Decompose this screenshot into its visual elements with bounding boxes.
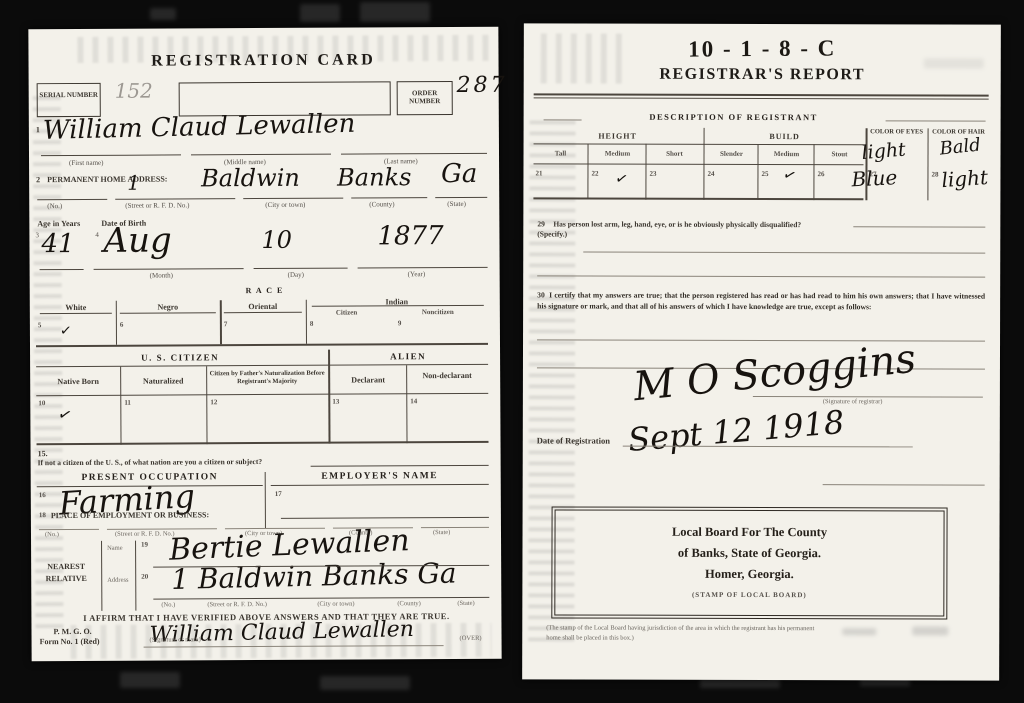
line29-specify-label: (Specify.)	[537, 229, 567, 238]
order-number-value: 287	[457, 73, 508, 98]
height-medium-checkmark-icon: ✓	[613, 168, 630, 189]
line20-label-no: (No.)	[161, 601, 175, 608]
stamp-caption: (STAMP OF LOCAL BOARD)	[555, 590, 943, 599]
nearest-relative-label: NEAREST RELATIVE	[39, 561, 93, 585]
line18-label-state: (State)	[433, 529, 450, 536]
build-header: BUILD	[706, 132, 864, 141]
card-title: REGISTRATION CARD	[28, 51, 498, 71]
order-number-box: ORDER NUMBER	[397, 81, 453, 115]
race-white-checkmark-icon: ✓	[59, 322, 72, 339]
pmgo-label: P. M. G. O.	[53, 627, 91, 636]
address-label-county: (County)	[369, 200, 394, 208]
over-label: (OVER)	[460, 635, 482, 642]
citizen-table: U. S. CITIZEN ALIEN Native Born Naturali…	[36, 349, 488, 447]
dob-label-day: (Day)	[288, 271, 304, 279]
citizen-cell-11: 11	[124, 399, 131, 407]
scan-artifact	[912, 626, 948, 635]
line20-label-city: (City or town)	[317, 601, 354, 608]
stamp-line2: of Banks, State of Georgia.	[555, 545, 943, 561]
serial-number-box: SERIAL NUMBER	[37, 83, 101, 117]
eyes-value-line2: Blue	[851, 165, 898, 191]
form-code: 10 - 1 - 8 - C	[524, 34, 1001, 64]
dob-day-value: 10	[261, 226, 292, 254]
line20-label-street: (Street or R. F. D. No.)	[207, 601, 267, 608]
address-label-city: (City or town)	[265, 201, 305, 209]
race-cell-6: 6	[120, 321, 124, 329]
race-table: White Negro Oriental Indian Citizen Nonc…	[36, 297, 488, 347]
registrars-report-card: 10 - 1 - 8 - C REGISTRAR'S REPORT DESCRI…	[522, 23, 1001, 680]
line18-number: 18	[39, 511, 46, 519]
stamp-note: (The stamp of the Local Board having jur…	[546, 623, 826, 643]
race-cell-8: 8	[310, 320, 314, 328]
scan-artifact	[120, 672, 180, 688]
form-number-label: Form No. 1 (Red)	[40, 637, 100, 646]
dob-year-value: 1877	[377, 221, 443, 251]
dob-label-month: (Month)	[150, 271, 173, 279]
line30-text: 30 I certify that my answers are true; t…	[537, 289, 985, 312]
line20-number: 20	[141, 573, 148, 581]
order-number-label: ORDER NUMBER	[398, 89, 452, 106]
employer-header: EMPLOYER'S NAME	[271, 471, 489, 482]
scan-artifact	[842, 628, 876, 635]
address-label: PERMANENT HOME ADDRESS:	[47, 175, 167, 185]
cell-22: 22	[591, 170, 598, 178]
date-of-registration-value: Sept 12 1918	[627, 403, 846, 459]
address-label-state: (State)	[447, 200, 466, 208]
eyes-value-line1: light	[861, 138, 907, 164]
scan-artifact	[360, 2, 430, 22]
scan-artifact	[320, 676, 410, 690]
name-label-first: (First name)	[69, 159, 103, 167]
scan-artifact	[300, 4, 340, 22]
line18-label-no: (No.)	[45, 531, 59, 538]
height-header: HEIGHT	[534, 131, 702, 140]
hair-value-line2: light	[941, 165, 989, 192]
signature-label: (Signature or mark)	[150, 636, 201, 643]
cell-25: 25	[761, 170, 768, 178]
native-born-checkmark-icon: ✓	[56, 403, 75, 425]
race-cell-7: 7	[224, 320, 228, 328]
citizen-header: U. S. CITIZEN	[36, 352, 324, 364]
relative-address-small-label: Address	[107, 577, 128, 584]
line18-label-street: (Street or R. F. D. No.)	[115, 530, 175, 537]
cell-23: 23	[649, 170, 656, 178]
line20-label-state: (State)	[457, 600, 474, 607]
line29-number: 29	[537, 219, 545, 228]
race-col-indian-noncitizen: Noncitizen	[422, 308, 454, 316]
line2-number: 2	[36, 175, 40, 184]
line16-number: 16	[39, 491, 46, 499]
relative-name-small-label: Name	[107, 545, 123, 552]
line30-number: 30	[537, 290, 545, 299]
line15-number: 15.	[38, 449, 48, 458]
alien-col-nondeclarant: Non-declarant	[408, 371, 486, 380]
address-no-value: 1	[127, 171, 140, 195]
local-board-stamp-box: Local Board For The County of Banks, Sta…	[554, 509, 944, 616]
build-col-slender: Slender	[706, 150, 758, 158]
line30-certification: I certify that my answers are true; that…	[537, 290, 985, 311]
height-col-tall: Tall	[534, 149, 588, 157]
eyes-header: COLOR OF EYES	[868, 128, 926, 137]
dob-label-year: (Year)	[408, 270, 426, 278]
line1-number: 1	[36, 125, 40, 134]
relative-address-value: 1 Baldwin Banks Ga	[171, 557, 457, 596]
cell-21: 21	[535, 169, 542, 177]
cell-26: 26	[817, 170, 824, 178]
citizen-col-native: Native Born	[38, 377, 118, 386]
citizen-col-naturalized: Naturalized	[122, 376, 204, 385]
line29-text: Has person lost arm, leg, hand, eye, or …	[553, 219, 973, 229]
address-county-value: Banks	[337, 163, 411, 191]
name-value: William Claud Lewallen	[43, 109, 356, 146]
serial-number-value: 152	[115, 79, 153, 103]
build-medium-checkmark-icon: ✓	[781, 164, 799, 185]
hair-value-line1: Bald	[939, 134, 982, 159]
dob-month-value: Aug	[103, 220, 171, 260]
race-col-negro: Negro	[116, 302, 220, 312]
build-col-stout: Stout	[816, 150, 864, 158]
dob-number: 4	[95, 231, 99, 239]
line17-number: 17	[275, 490, 282, 498]
line19-number: 19	[141, 541, 148, 549]
citizen-cell-10: 10	[38, 399, 45, 407]
citizen-cell-13: 13	[332, 398, 339, 406]
race-cell-9: 9	[398, 319, 402, 327]
scan-artifact	[150, 8, 176, 20]
registration-card: REGISTRATION CARD SERIAL NUMBER 152 ORDE…	[28, 27, 501, 661]
citizen-col-father: Citizen by Father's Naturalization Befor…	[208, 370, 326, 387]
description-header: DESCRIPTION OF REGISTRANT	[584, 112, 884, 123]
race-col-white: White	[36, 303, 116, 312]
alien-header: ALIEN	[328, 351, 488, 362]
race-header: R A C E	[30, 285, 500, 296]
cell-24: 24	[707, 170, 714, 178]
age-label: Age in Years	[37, 219, 80, 228]
citizen-cell-14: 14	[410, 397, 417, 405]
address-state-value: Ga	[441, 159, 477, 189]
report-title: REGISTRAR'S REPORT	[524, 65, 1001, 84]
height-col-short: Short	[648, 150, 702, 158]
citizen-cell-12: 12	[210, 398, 217, 406]
build-col-medium: Medium	[760, 150, 814, 158]
address-label-street: (Street or R. F. D. No.)	[125, 201, 189, 209]
address-city-value: Baldwin	[201, 164, 300, 193]
stamp-line1: Local Board For The County	[556, 524, 944, 540]
cell-28: 28	[931, 170, 938, 178]
age-value: 41	[41, 229, 74, 259]
line18-text: PLACE OF EMPLOYMENT OR BUSINESS:	[51, 510, 209, 520]
age-number: 3	[35, 231, 39, 239]
line20-label-county: (County)	[397, 600, 421, 607]
race-col-indian-citizen: Citizen	[336, 309, 357, 317]
alien-col-declarant: Declarant	[332, 375, 404, 384]
date-of-registration-label: Date of Registration	[537, 435, 610, 445]
stamp-line3: Homer, Georgia.	[555, 566, 943, 582]
race-col-oriental: Oriental	[220, 302, 306, 311]
line15-text: If not a citizen of the U. S., of what n…	[38, 457, 263, 467]
address-label-no: (No.)	[47, 202, 62, 210]
description-table: HEIGHT BUILD COLOR OF EYES COLOR OF HAIR…	[533, 127, 988, 212]
race-cell-5: 5	[38, 321, 42, 329]
serial-number-label: SERIAL NUMBER	[38, 91, 100, 100]
height-col-medium: Medium	[590, 150, 646, 158]
